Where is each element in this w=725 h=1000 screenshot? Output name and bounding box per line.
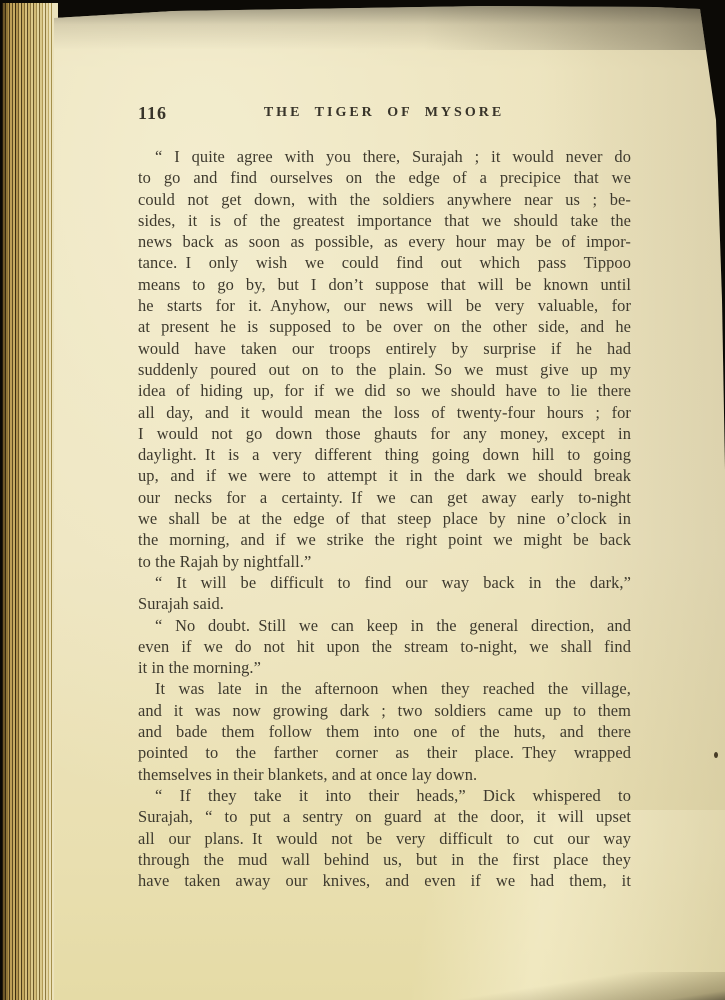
text-line: we shall be at the edge of that steep pl…	[138, 508, 631, 529]
text-line: Surajah, “ to put a sentry on guard at t…	[138, 806, 631, 827]
book-fore-edges	[0, 3, 58, 1000]
text-line: at present he is supposed to be over on …	[138, 316, 631, 337]
text-line: even if we do not hit upon the stream to…	[138, 636, 631, 657]
scan-blemish	[714, 752, 718, 758]
paragraph: It was late in the afternoon when they r…	[138, 678, 631, 784]
paragraph: “ If they take it into their heads,” Dic…	[138, 785, 631, 891]
page-corner-shadow	[295, 972, 725, 1000]
text-line: Surajah said.	[138, 593, 631, 614]
text-line: and bade them follow them into one of th…	[138, 721, 631, 742]
body-text: “ I quite agree with you there, Surajah …	[138, 146, 631, 891]
text-line: have taken away our knives, and even if …	[138, 870, 631, 891]
text-line: pointed to the farther corner as their p…	[138, 742, 631, 763]
text-line: to go and find ourselves on the edge of …	[138, 167, 631, 188]
text-line: idea of hiding up, for if we did so we s…	[138, 380, 631, 401]
text-line: would have taken our troops entirely by …	[138, 338, 631, 359]
text-line: suddenly poured out on to the plain. So …	[138, 359, 631, 380]
text-line: news back as soon as possible, as every …	[138, 231, 631, 252]
text-line: tance. I only wish we could find out whi…	[138, 252, 631, 273]
book-page: 116 THE TIGER OF MYSORE “ I quite agree …	[54, 0, 725, 1000]
text-line: “ It will be difficult to find our way b…	[138, 572, 631, 593]
running-title: THE TIGER OF MYSORE	[138, 105, 630, 121]
text-line: daylight. It is a very different thing g…	[138, 444, 631, 465]
text-line: all day, and it would mean the loss of t…	[138, 402, 631, 423]
text-line: he starts for it. Anyhow, our news will …	[138, 295, 631, 316]
text-line: “ If they take it into their heads,” Dic…	[138, 785, 631, 806]
text-line: our necks for a certainty. If we can get…	[138, 487, 631, 508]
text-line: “ I quite agree with you there, Surajah …	[138, 146, 631, 167]
text-line: “ No doubt. Still we can keep in the gen…	[138, 615, 631, 636]
text-line: It was late in the afternoon when they r…	[138, 678, 631, 699]
paragraph: “ No doubt. Still we can keep in the gen…	[138, 615, 631, 679]
text-line: through the mud wall behind us, but in t…	[138, 849, 631, 870]
paragraph: “ I quite agree with you there, Surajah …	[138, 146, 631, 572]
text-line: it in the morning.”	[138, 657, 631, 678]
text-line: up, and if we were to attempt it in the …	[138, 465, 631, 486]
text-line: I would not go down those ghauts for any…	[138, 423, 631, 444]
text-line: all our plans. It would not be very diff…	[138, 828, 631, 849]
text-line: and it was now growing dark ; two soldie…	[138, 700, 631, 721]
book-scan: 116 THE TIGER OF MYSORE “ I quite agree …	[0, 0, 725, 1000]
text-line: sides, it is of the greatest importance …	[138, 210, 631, 231]
page-top-shadow	[54, 4, 725, 50]
text-line: themselves in their blankets, and at onc…	[138, 764, 631, 785]
running-head: 116 THE TIGER OF MYSORE	[138, 103, 630, 125]
text-line: means to go by, but I don’t suppose that…	[138, 274, 631, 295]
text-line: to the Rajah by nightfall.”	[138, 551, 631, 572]
text-line: the morning, and if we strike the right …	[138, 529, 631, 550]
text-line: could not get down, with the soldiers an…	[138, 189, 631, 210]
paragraph: “ It will be difficult to find our way b…	[138, 572, 631, 615]
